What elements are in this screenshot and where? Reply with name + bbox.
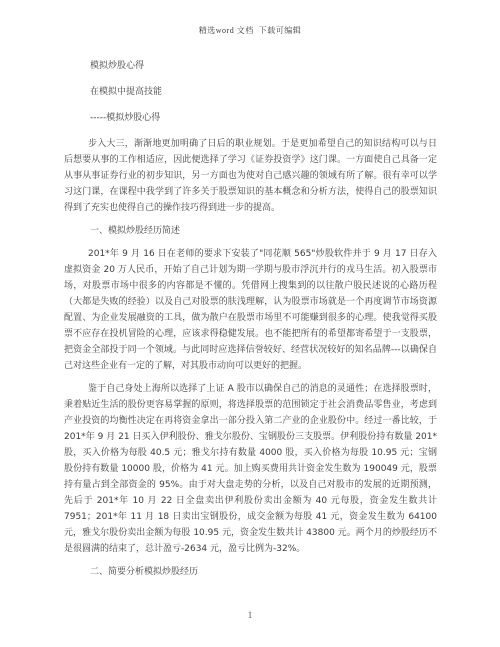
paragraph-trading-details: 鉴于自己身处上海所以选择了上证 A 股市以确保自己的消息的灵通性；在选择股票时，… — [64, 381, 437, 557]
section-heading-1: 一、模拟炒股经历简述 — [64, 223, 437, 239]
paragraph-intro: 步入大三，渐渐地更加明确了日后的职业规划。于是更加希望自己的知识结构可以与日后想… — [64, 136, 437, 216]
doc-title-line-3: -----模拟炒股心得 — [64, 110, 437, 126]
doc-title-line-1: 模拟炒股心得 — [64, 58, 437, 74]
doc-title-line-2: 在模拟中提高技能 — [64, 84, 437, 100]
document-body: 模拟炒股心得 在模拟中提高技能 -----模拟炒股心得 步入大三，渐渐地更加明确… — [64, 58, 437, 587]
document-header-text: 精选word 文档 下载可编辑 — [0, 25, 500, 36]
section-heading-2: 二、简要分析模拟炒股经历 — [64, 564, 437, 580]
page-number: 1 — [0, 610, 500, 620]
paragraph-experience-overview: 201*年 9 月 16 日在老师的要求下安装了"同花顺 565"炒股软件并于 … — [64, 246, 437, 374]
document-page: 精选word 文档 下载可编辑 模拟炒股心得 在模拟中提高技能 -----模拟炒… — [0, 0, 500, 647]
